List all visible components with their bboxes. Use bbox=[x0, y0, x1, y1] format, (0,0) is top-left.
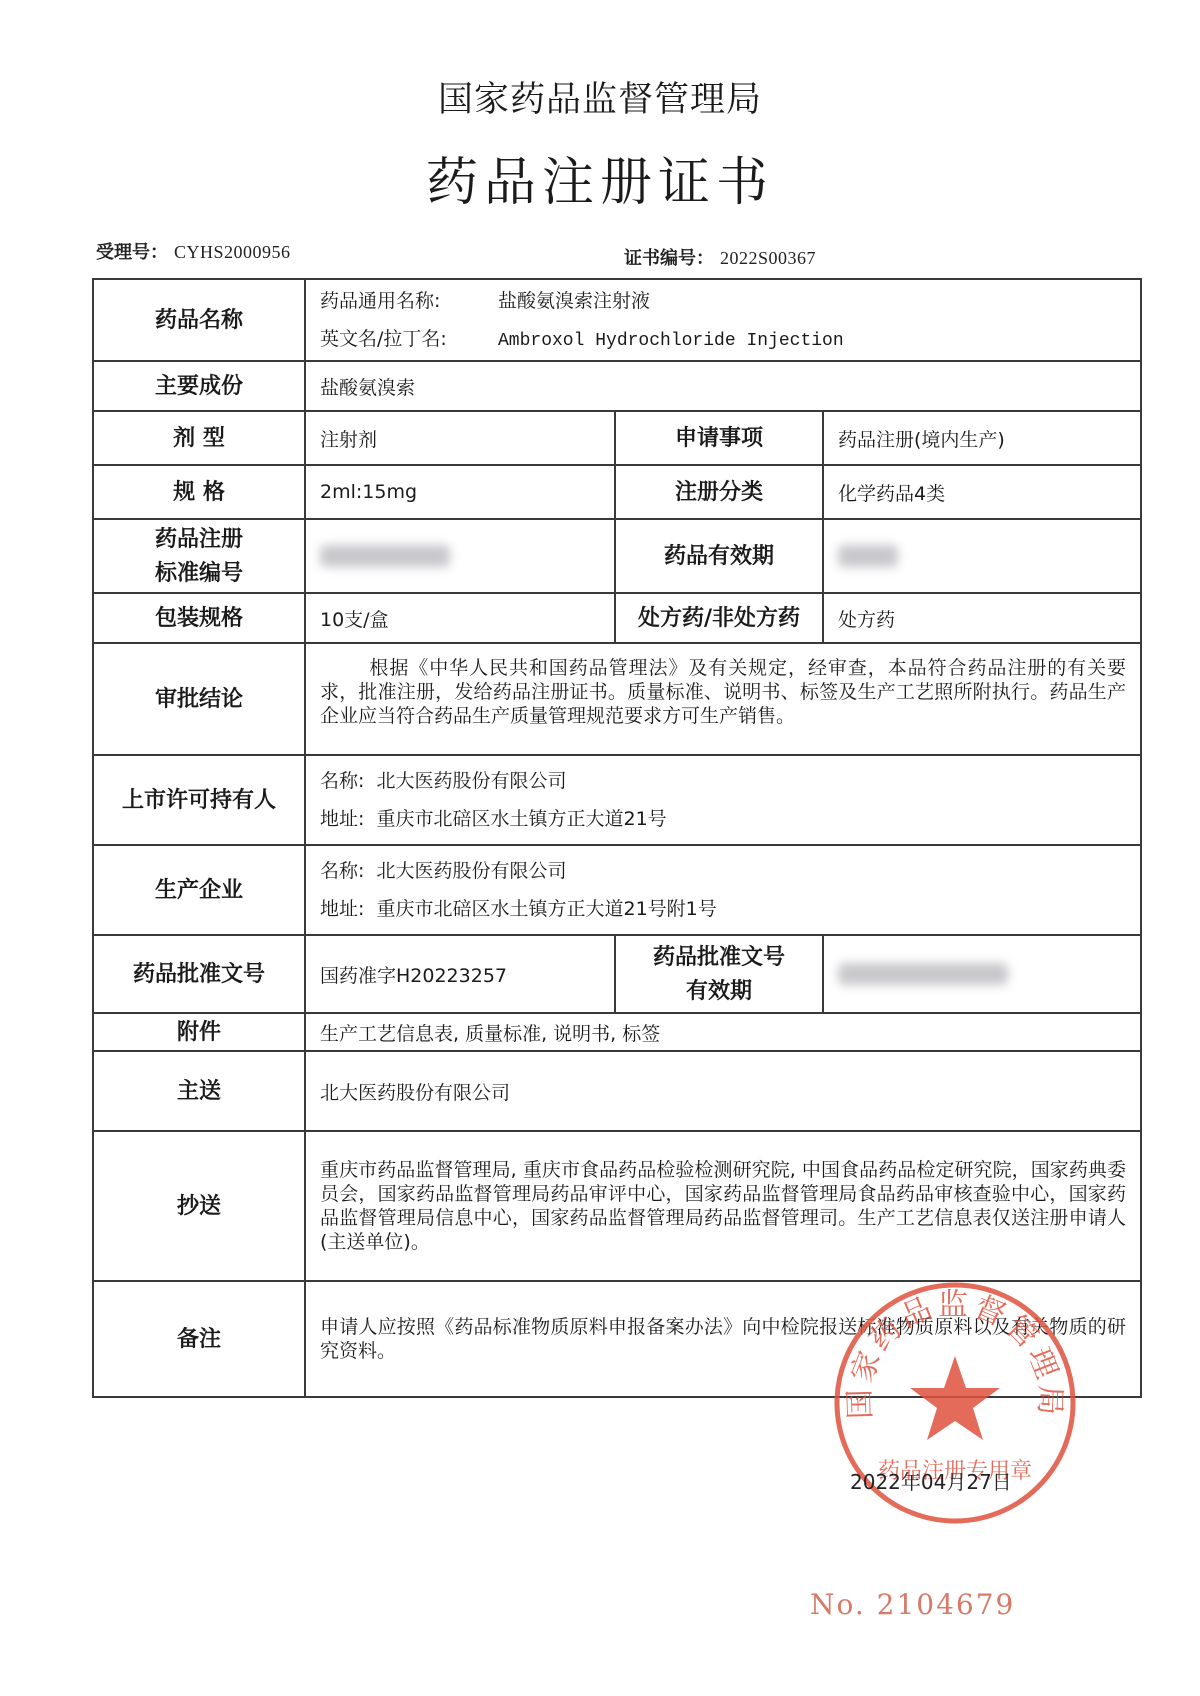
approval-validity-label-line2: 有效期 bbox=[630, 974, 808, 1008]
mah-label: 上市许可持有人 bbox=[93, 755, 305, 845]
row-remarks: 备注 申请人应按照《药品标准物质原料申报备案办法》向中检院报送标准物质原料以及有… bbox=[93, 1281, 1141, 1397]
row-dosage-form: 剂 型 注射剂 申请事项 药品注册(境内生产) bbox=[93, 411, 1141, 465]
mah-address-value: 重庆市北碚区水土镇方正大道21号 bbox=[377, 808, 667, 830]
english-name-value: Ambroxol Hydrochloride Injection bbox=[498, 331, 844, 351]
specification-value: 2ml:15mg bbox=[305, 465, 615, 519]
row-standard-number: 药品注册 标准编号 药品有效期 bbox=[93, 519, 1141, 593]
acceptance-value: CYHS2000956 bbox=[174, 242, 291, 262]
english-name-line: 英文名/拉丁名:Ambroxol Hydrochloride Injection bbox=[320, 320, 1126, 358]
registration-category-label: 注册分类 bbox=[615, 465, 823, 519]
standard-number-label-line1: 药品注册 bbox=[108, 522, 290, 556]
validity-label: 药品有效期 bbox=[615, 519, 823, 593]
manufacturer-name-line: 名称: 北大医药股份有限公司 bbox=[320, 852, 1126, 890]
redacted-standard-number bbox=[320, 545, 450, 567]
redacted-validity bbox=[838, 545, 898, 567]
main-recipient-value: 北大医药股份有限公司 bbox=[305, 1051, 1141, 1131]
certificate-number: 证书编号：2022S00367 bbox=[624, 244, 816, 270]
generic-name-label: 药品通用名称: bbox=[320, 282, 498, 320]
mah-name-label: 名称: bbox=[320, 770, 364, 792]
cc-text: 重庆市药品监督管理局, 重庆市食品药品检验检测研究院, 中国食品药品检定研究院，… bbox=[320, 1158, 1126, 1254]
mah-name-line: 名称: 北大医药股份有限公司 bbox=[320, 762, 1126, 800]
approval-number-label: 药品批准文号 bbox=[93, 935, 305, 1013]
row-main-recipient: 主送 北大医药股份有限公司 bbox=[93, 1051, 1141, 1131]
mah-address-line: 地址: 重庆市北碚区水土镇方正大道21号 bbox=[320, 800, 1126, 838]
rx-type-label: 处方药/非处方药 bbox=[615, 593, 823, 643]
attachments-label: 附件 bbox=[93, 1013, 305, 1051]
manufacturer-address-value: 重庆市北碚区水土镇方正大道21号附1号 bbox=[377, 898, 717, 920]
manufacturer-name-label: 名称: bbox=[320, 860, 364, 882]
manufacturer-address-line: 地址: 重庆市北碚区水土镇方正大道21号附1号 bbox=[320, 890, 1126, 928]
main-ingredient-label: 主要成份 bbox=[93, 361, 305, 411]
standard-number-value bbox=[305, 519, 615, 593]
remarks-cell: 申请人应按照《药品标准物质原料申报备案办法》向中检院报送标准物质原料以及有关物质… bbox=[305, 1281, 1141, 1397]
application-item-label: 申请事项 bbox=[615, 411, 823, 465]
cc-cell: 重庆市药品监督管理局, 重庆市食品药品检验检测研究院, 中国食品药品检定研究院，… bbox=[305, 1131, 1141, 1281]
remarks-label: 备注 bbox=[93, 1281, 305, 1397]
attachments-value: 生产工艺信息表, 质量标准, 说明书, 标签 bbox=[305, 1013, 1141, 1051]
cc-label: 抄送 bbox=[93, 1131, 305, 1281]
packaging-label: 包装规格 bbox=[93, 593, 305, 643]
row-attachments: 附件 生产工艺信息表, 质量标准, 说明书, 标签 bbox=[93, 1013, 1141, 1051]
row-main-ingredient: 主要成份 盐酸氨溴索 bbox=[93, 361, 1141, 411]
serial-number: No. 2104679 bbox=[810, 1588, 1015, 1621]
remarks-text: 申请人应按照《药品标准物质原料申报备案办法》向中检院报送标准物质原料以及有关物质… bbox=[320, 1315, 1126, 1363]
approval-number-value: 国药准字H20223257 bbox=[305, 935, 615, 1013]
dosage-form-value: 注射剂 bbox=[305, 411, 615, 465]
certificate-value: 2022S00367 bbox=[720, 248, 816, 268]
rx-type-value: 处方药 bbox=[823, 593, 1141, 643]
drug-name-label: 药品名称 bbox=[93, 279, 305, 361]
approval-validity-label: 药品批准文号 有效期 bbox=[615, 935, 823, 1013]
packaging-value: 10支/盒 bbox=[305, 593, 615, 643]
row-approval-number: 药品批准文号 国药准字H20223257 药品批准文号 有效期 bbox=[93, 935, 1141, 1013]
mah-name-value: 北大医药股份有限公司 bbox=[377, 770, 567, 792]
conclusion-cell: 根据《中华人民共和国药品管理法》及有关规定，经审查，本品符合药品注册的有关要求，… bbox=[305, 643, 1141, 755]
main-recipient-label: 主送 bbox=[93, 1051, 305, 1131]
english-name-label: 英文名/拉丁名: bbox=[320, 320, 498, 358]
row-drug-name: 药品名称 药品通用名称:盐酸氨溴索注射液 英文名/拉丁名:Ambroxol Hy… bbox=[93, 279, 1141, 361]
mah-cell: 名称: 北大医药股份有限公司 地址: 重庆市北碚区水土镇方正大道21号 bbox=[305, 755, 1141, 845]
approval-validity-label-line1: 药品批准文号 bbox=[630, 940, 808, 974]
manufacturer-label: 生产企业 bbox=[93, 845, 305, 935]
mah-address-label: 地址: bbox=[320, 808, 364, 830]
row-cc: 抄送 重庆市药品监督管理局, 重庆市食品药品检验检测研究院, 中国食品药品检定研… bbox=[93, 1131, 1141, 1281]
conclusion-text: 根据《中华人民共和国药品管理法》及有关规定，经审查，本品符合药品注册的有关要求，… bbox=[320, 656, 1126, 728]
row-mah: 上市许可持有人 名称: 北大医药股份有限公司 地址: 重庆市北碚区水土镇方正大道… bbox=[93, 755, 1141, 845]
standard-number-label-line2: 标准编号 bbox=[108, 556, 290, 590]
registration-table: 药品名称 药品通用名称:盐酸氨溴索注射液 英文名/拉丁名:Ambroxol Hy… bbox=[92, 278, 1142, 1398]
conclusion-label: 审批结论 bbox=[93, 643, 305, 755]
standard-number-label: 药品注册 标准编号 bbox=[93, 519, 305, 593]
redacted-approval-validity bbox=[838, 963, 1008, 985]
certificate-page: 国家药品监督管理局 药品注册证书 受理号：CYHS2000956 证书编号：20… bbox=[0, 0, 1200, 1696]
approval-validity-value bbox=[823, 935, 1141, 1013]
document-title: 药品注册证书 bbox=[0, 140, 1200, 215]
application-item-value: 药品注册(境内生产) bbox=[823, 411, 1141, 465]
agency-name: 国家药品监督管理局 bbox=[0, 72, 1200, 122]
certificate-label: 证书编号： bbox=[624, 248, 714, 269]
validity-value bbox=[823, 519, 1141, 593]
row-packaging: 包装规格 10支/盒 处方药/非处方药 处方药 bbox=[93, 593, 1141, 643]
drug-name-cell: 药品通用名称:盐酸氨溴索注射液 英文名/拉丁名:Ambroxol Hydroch… bbox=[305, 279, 1141, 361]
issue-date: 2022年04月27日 bbox=[850, 1466, 1012, 1495]
row-specification: 规 格 2ml:15mg 注册分类 化学药品4类 bbox=[93, 465, 1141, 519]
manufacturer-address-label: 地址: bbox=[320, 898, 364, 920]
dosage-form-label: 剂 型 bbox=[93, 411, 305, 465]
generic-name-value: 盐酸氨溴索注射液 bbox=[498, 290, 650, 312]
specification-label: 规 格 bbox=[93, 465, 305, 519]
row-conclusion: 审批结论 根据《中华人民共和国药品管理法》及有关规定，经审查，本品符合药品注册的… bbox=[93, 643, 1141, 755]
manufacturer-cell: 名称: 北大医药股份有限公司 地址: 重庆市北碚区水土镇方正大道21号附1号 bbox=[305, 845, 1141, 935]
row-manufacturer: 生产企业 名称: 北大医药股份有限公司 地址: 重庆市北碚区水土镇方正大道21号… bbox=[93, 845, 1141, 935]
acceptance-label: 受理号： bbox=[96, 242, 168, 263]
manufacturer-name-value: 北大医药股份有限公司 bbox=[377, 860, 567, 882]
main-ingredient-value: 盐酸氨溴索 bbox=[305, 361, 1141, 411]
registration-category-value: 化学药品4类 bbox=[823, 465, 1141, 519]
acceptance-number: 受理号：CYHS2000956 bbox=[96, 238, 291, 264]
generic-name-line: 药品通用名称:盐酸氨溴索注射液 bbox=[320, 282, 1126, 320]
